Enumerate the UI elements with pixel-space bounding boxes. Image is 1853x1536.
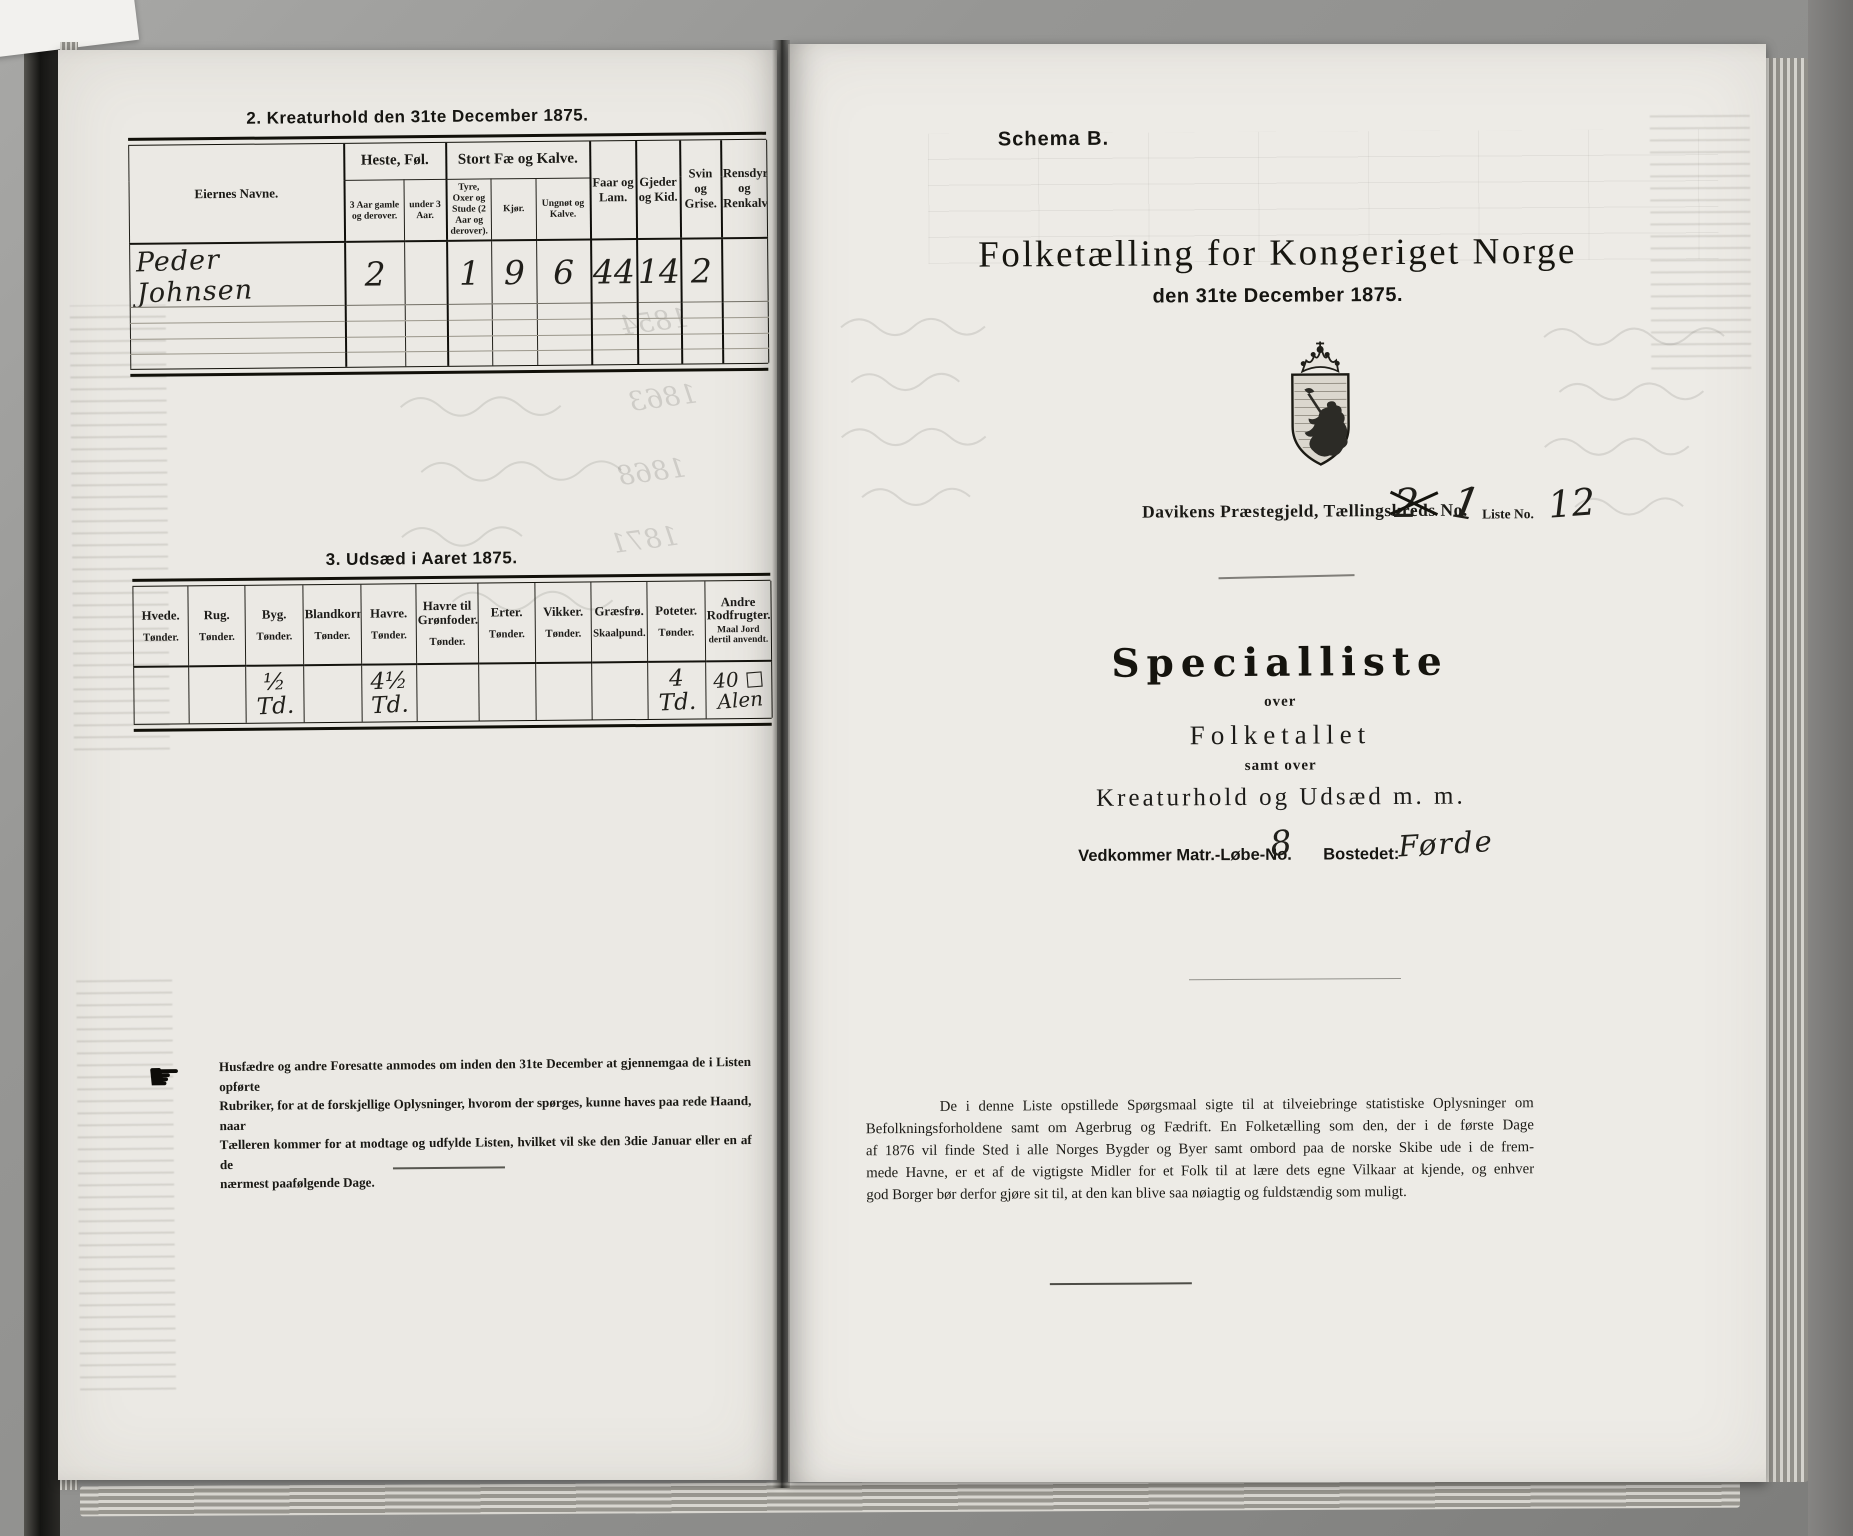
census-subtitle: den 31te December 1875. xyxy=(789,282,1767,311)
over-label: over xyxy=(791,691,1769,714)
col-group-heste: Heste, Føl. xyxy=(344,143,446,180)
seed-table: Hvede.Tønder. Rug.Tønder. Byg.Tønder. Bl… xyxy=(132,573,771,732)
specialliste-heading: Specialliste xyxy=(791,637,1769,689)
livestock-table-title: 2. Kreaturhold den 31te December 1875. xyxy=(58,104,777,131)
value-ungnot: 6 xyxy=(553,252,574,291)
col-header-rensdyr: Rensdyr og Renkalve. xyxy=(721,140,768,238)
coat-of-arms-norway xyxy=(1285,341,1356,467)
instruction-paragraph: De i denne Liste opstillede Spørgsmaal s… xyxy=(866,1092,1535,1206)
col-header-byg: Byg.Tønder. xyxy=(245,585,304,666)
folketallet-heading: Folketallet xyxy=(791,717,1769,754)
manicule-icon: ☛ xyxy=(147,1061,181,1091)
paragraph-line: mede Havne, er et af de vigtigste Midler… xyxy=(866,1158,1534,1184)
seed-value-byg: ½ Td. xyxy=(246,669,305,719)
liste-no-label: Liste No. xyxy=(1482,506,1534,522)
col-header-kjor: Kjør. xyxy=(491,178,537,240)
corrected-tellingskreds-no: 1 xyxy=(1448,477,1484,532)
col-header-blandkorn: Blandkorn.Tønder. xyxy=(303,585,362,666)
col-header-havre-gronfoder: Havre til Grønfoder.Tønder. xyxy=(416,584,479,665)
col-header-heste-3aar: 3 Aar gamle og derover. xyxy=(344,179,405,242)
col-header-faar-lam: Faar og Lam. xyxy=(590,141,637,239)
separator-rule xyxy=(1189,978,1401,980)
col-header-eiernes-navne: Eiernes Navne. xyxy=(129,144,345,244)
seed-value-andre-rodfrugter: 40 □ Alen xyxy=(711,667,766,713)
footnote-line: nærmest paafølgende Dage. xyxy=(220,1169,752,1194)
schema-label: Schema B. xyxy=(998,128,1109,152)
value-gjeder-kid: 14 xyxy=(638,251,680,290)
samt-over-label: samt over xyxy=(792,755,1770,778)
col-header-poteter: Poteter.Tønder. xyxy=(647,581,706,662)
col-header-erter: Erter.Tønder. xyxy=(478,583,536,664)
col-header-heste-under3: under 3 Aar. xyxy=(404,179,447,241)
owner-name-handwritten: Peder Johnsen xyxy=(135,242,345,308)
liste-no-value: 12 xyxy=(1547,480,1597,526)
footnote-line: Husfædre og andre Foresatte anmodes om i… xyxy=(219,1052,751,1096)
col-header-vikker: Vikker.Tønder. xyxy=(535,582,592,663)
value-kjor: 9 xyxy=(504,253,525,292)
scan-background-right xyxy=(1808,0,1853,1536)
bleedthrough-handwriting xyxy=(831,301,1022,532)
footnote: Husfædre og andre Foresatte anmodes om i… xyxy=(219,1052,752,1194)
livestock-row-peder-johnsen: Peder Johnsen 2 1 9 6 44 14 2 xyxy=(130,238,769,308)
value-heste-3aar: 2 xyxy=(364,254,385,293)
book-spine-edge xyxy=(24,0,60,1536)
value-tyre-oxer: 1 xyxy=(459,253,480,292)
bosted-label: Bostedet: xyxy=(1323,845,1399,864)
right-page: Schema B. Folketælling for Kongeriget No… xyxy=(788,44,1766,1482)
seed-value-havre: 4½ Td. xyxy=(362,668,418,718)
matr-lobe-no-value: 8 xyxy=(1268,823,1294,865)
col-header-ungnot: Ungnøt og Kalve. xyxy=(536,177,591,240)
bleedthrough-text-column xyxy=(76,980,176,1391)
separator-rule xyxy=(1050,1282,1192,1285)
page-stack-bottom xyxy=(80,1478,1740,1517)
col-header-svin-grise: Svin og Grise. xyxy=(680,140,722,238)
bosted-value: Førde xyxy=(1397,824,1494,864)
col-header-havre: Havre.Tønder. xyxy=(361,584,417,665)
paragraph-line: god Borger bør derfor gjøre sit til, at … xyxy=(866,1180,1534,1206)
book-gutter xyxy=(772,40,790,1488)
col-header-tyre-oxer: Tyre, Oxer og Stude (2 Aar og derover). xyxy=(446,178,492,240)
col-header-gjeder-kid: Gjeder og Kid. xyxy=(636,141,681,239)
handwritten-underline xyxy=(1219,574,1355,579)
value-svin-grise: 2 xyxy=(691,251,712,290)
seed-value-poteter: 4 Td. xyxy=(648,665,707,715)
census-title: Folketælling for Kongeriget Norge xyxy=(788,229,1766,278)
livestock-table: Eiernes Navne. Heste, Føl. Stort Fæ og K… xyxy=(128,132,768,377)
col-group-stort-fae: Stort Fæ og Kalve. xyxy=(446,141,590,178)
col-header-andre-rodfrugter: Andre Rodfrugter.Maal Jord dertil anvend… xyxy=(705,581,772,662)
col-header-rug: Rug.Tønder. xyxy=(188,586,246,667)
value-faar-lam: 44 xyxy=(593,252,635,291)
col-header-hvede: Hvede.Tønder. xyxy=(133,586,189,667)
left-page: 1854 1863 1868 1871 2. Kreaturhold den 3… xyxy=(58,50,777,1480)
crossed-out-tellingskreds-no: 2 xyxy=(1394,481,1420,527)
col-header-graesfro: Græsfrø.Skaalpund. xyxy=(591,582,648,663)
matr-lobe-no-label: Vedkommer Matr.-Løbe-No. xyxy=(1078,846,1292,866)
kreaturhold-heading: Kreaturhold og Udsæd m. m. xyxy=(792,781,1770,815)
footnote-line: Rubriker, for at de forskjellige Oplysni… xyxy=(219,1091,751,1135)
